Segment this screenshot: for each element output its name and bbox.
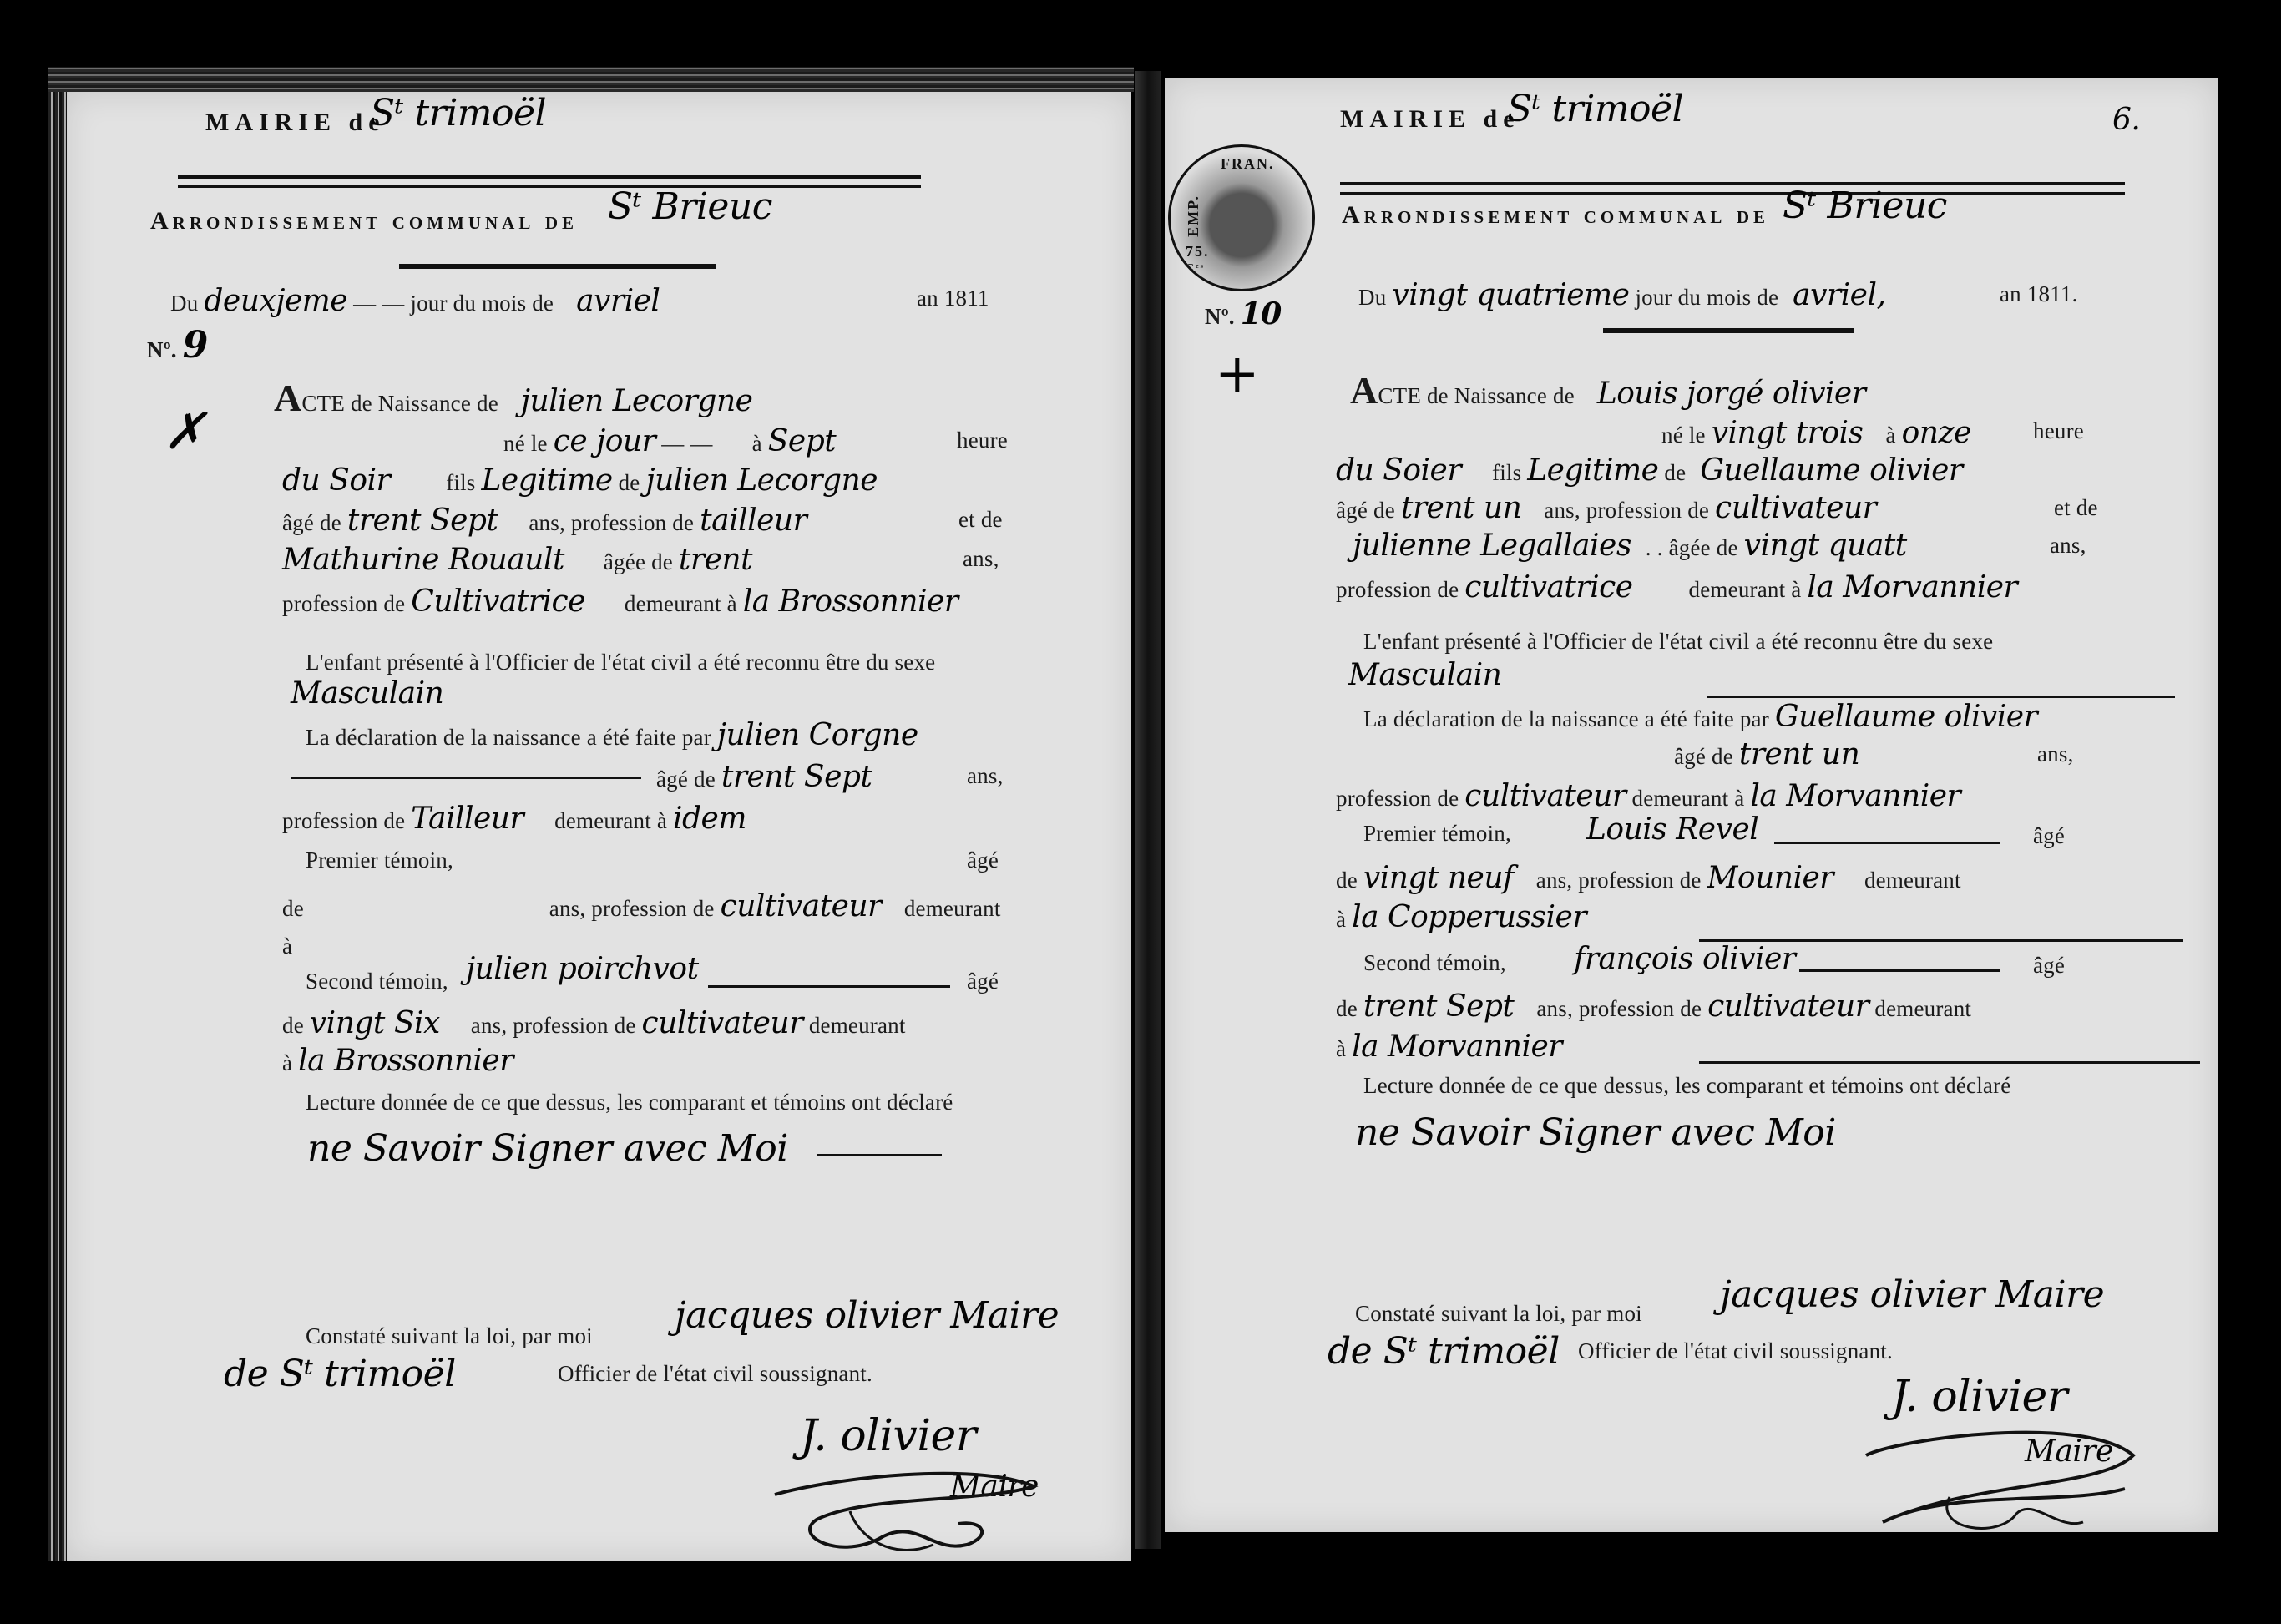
second-witness-name: julien poirchvot: [466, 952, 699, 986]
declarant-age: trent un: [1739, 737, 1859, 772]
time-of-day: du Soier: [1336, 453, 1461, 488]
legitimacy: Legitime: [481, 463, 612, 498]
mother-name: julienne Legallaies: [1353, 529, 1631, 563]
declarant-profession: cultivateur: [1464, 779, 1626, 813]
constat-name: jacques olivier Maire: [1720, 1273, 2104, 1316]
mother-profession-label: profession de: [282, 591, 405, 616]
second-witness-profession-label: ans, profession de: [1536, 996, 1702, 1021]
stamp-unit: Cᵉˢ: [1186, 262, 1205, 276]
date-day: vingt quatrieme: [1392, 278, 1629, 312]
arrondissement-value: Sᵗ Brieuc: [608, 185, 772, 228]
declarant-age-label: âgé de: [656, 766, 716, 792]
date-prefix: Du: [170, 291, 198, 316]
age-label: âgé de: [282, 510, 341, 535]
header-double-rule: [178, 175, 921, 188]
filler-dash: [1699, 1061, 2200, 1064]
cross-mark: +: [1215, 343, 1259, 405]
declarant-residence: la Morvannier: [1750, 779, 1960, 813]
declaration-label: La déclaration de la naissance a été fai…: [1363, 706, 1769, 731]
birth-time-prefix: à: [752, 431, 762, 456]
declarant-residence-label: demeurant à: [554, 808, 667, 833]
declarant-ans: ans,: [2037, 741, 2074, 767]
mother-age: vingt quatt: [1744, 529, 1907, 563]
father-age: trent un: [1401, 491, 1521, 525]
second-witness-residence-label: demeurant: [809, 1013, 906, 1038]
acte-initial: A: [1350, 369, 1378, 412]
residence-label: demeurant à: [625, 591, 737, 616]
date-mid: jour du mois de: [1635, 285, 1778, 310]
declarant-residence: idem: [673, 802, 746, 836]
sex-sentence: L'enfant présenté à l'Officier de l'état…: [306, 650, 935, 675]
declarant-name: Guellaume olivier: [1775, 700, 2037, 734]
stamp-side-text: EMP.: [1185, 195, 1202, 237]
declarant-age-label: âgé de: [1674, 744, 1733, 769]
book-gutter: [1135, 71, 1161, 1549]
et-de-label: et de: [2054, 495, 2098, 521]
first-witness-name: Louis Revel: [1586, 812, 1758, 847]
father-age: trent Sept: [347, 503, 498, 538]
profession-label: ans, profession de: [1544, 498, 1709, 523]
fils-label: fils: [446, 470, 475, 495]
reading-value: ne Savoir Signer avec Moi: [1355, 1111, 1836, 1154]
second-witness-age-label: âgé: [967, 969, 999, 994]
second-witness-label: Second témoin,: [306, 969, 448, 994]
birth-day: vingt trois: [1712, 416, 1864, 450]
mairie-commune: Sᵗ trimoël: [1507, 88, 1683, 130]
header-single-rule: [399, 264, 716, 269]
first-witness-residence-label: demeurant: [1864, 868, 1961, 893]
birth-day: ce jour: [554, 424, 656, 458]
born-label: né le: [503, 431, 548, 456]
second-witness-residence-label: demeurant: [1874, 996, 1971, 1021]
header-single-rule: [1603, 328, 1854, 333]
reading-value: ne Savoir Signer avec Moi: [307, 1127, 788, 1170]
signature-flourish-icon: [766, 1444, 1042, 1570]
reading-sentence: Lecture donnée de ce que dessus, les com…: [306, 1090, 953, 1116]
date-mid: jour du mois de: [410, 291, 554, 316]
page-stack-top-edge: [48, 67, 1134, 92]
second-witness-a-label: à: [282, 1050, 292, 1075]
filler-dash: [1774, 842, 2000, 844]
revenue-stamp-icon: FRAN. EMP. 75. Cᵉˢ: [1168, 144, 1315, 291]
arrondissement-label: Arrondissement communal de: [1342, 201, 1769, 230]
father-name: Guellaume olivier: [1700, 453, 1962, 488]
first-witness-a-label: à: [282, 933, 292, 959]
child-name: Louis jorgé olivier: [1597, 377, 1866, 411]
mother-profession-label: profession de: [1336, 577, 1459, 602]
officer-label: Officier de l'état civil soussignant.: [558, 1361, 872, 1387]
time-of-day: du Soir: [282, 463, 390, 498]
sex-value: Masculain: [291, 676, 443, 711]
mother-age: trent: [679, 543, 752, 577]
declaration-label: La déclaration de la naissance a été fai…: [306, 725, 711, 750]
first-witness-profession-label: ans, profession de: [1536, 868, 1702, 893]
constat-commune: de Sᵗ trimoël: [224, 1353, 456, 1395]
date-prefix: Du: [1358, 285, 1386, 310]
acte-initial: A: [274, 377, 301, 419]
profession-label: ans, profession de: [529, 510, 694, 535]
acte-heading: CTE de Naissance de: [301, 391, 498, 416]
residence: la Brossonnier: [743, 584, 958, 619]
father-profession: tailleur: [700, 503, 807, 538]
et-de-label: et de: [958, 507, 1003, 533]
arrondissement-value: Sᵗ Brieuc: [1783, 185, 1947, 227]
second-witness-label: Second témoin,: [1363, 950, 1506, 976]
second-witness-profession-label: ans, profession de: [471, 1013, 636, 1038]
sex-value: Masculain: [1348, 658, 1501, 692]
act-number-value: 9: [183, 324, 208, 367]
mother-age-label: âgée de: [604, 549, 673, 574]
stamp-top-text: FRAN.: [1221, 155, 1275, 173]
first-witness-residence: la Copperussier: [1352, 900, 1586, 934]
first-witness-a-label: à: [1336, 907, 1346, 932]
first-witness-profession-label: ans, profession de: [549, 896, 715, 921]
child-name: julien Lecorgne: [521, 384, 753, 418]
officer-label: Officier de l'état civil soussignant.: [1578, 1338, 1893, 1364]
second-witness-residence: la Brossonnier: [298, 1044, 513, 1078]
mairie-label: MAIRIE de: [1340, 105, 1520, 134]
declarant-ans: ans,: [967, 763, 1004, 789]
cross-mark: ✗: [164, 402, 205, 461]
first-witness-label: Premier témoin,: [306, 847, 453, 873]
page-stack-edge: [48, 92, 67, 1561]
heure-label: heure: [2033, 418, 2084, 444]
de-label: de: [1664, 460, 1686, 485]
father-name: julien Lecorgne: [645, 463, 878, 498]
second-witness-residence: la Morvannier: [1352, 1030, 1562, 1064]
left-page: MAIRIE de Sᵗ trimoël Arrondissement comm…: [65, 92, 1131, 1561]
legitimacy: Legitime: [1527, 453, 1658, 488]
declarant-profession: Tailleur: [411, 802, 523, 836]
father-profession: cultivateur: [1715, 491, 1876, 525]
mother-profession: cultivatrice: [1464, 570, 1632, 605]
signature-flourish-icon: [1849, 1405, 2150, 1539]
constat-name: jacques olivier Maire: [675, 1294, 1059, 1337]
mother-age-label: âgée de: [1669, 535, 1738, 560]
first-witness-de-label: de: [282, 896, 304, 921]
date-month: avriel: [576, 284, 660, 318]
filler-dash: [1799, 969, 2000, 972]
born-label: né le: [1661, 422, 1706, 448]
declarant-residence-label: demeurant à: [1632, 786, 1745, 811]
filler-dash: [708, 985, 950, 988]
birth-hour: onze: [1902, 416, 1971, 450]
act-number-label: Nº.: [1205, 304, 1235, 329]
act-number-label: Nº.: [147, 337, 177, 362]
second-witness-profession: cultivateur: [642, 1006, 803, 1040]
second-witness-age: vingt Six: [310, 1006, 440, 1040]
heure-label: heure: [957, 428, 1008, 453]
filler-dash: [817, 1154, 942, 1156]
first-witness-de-label: de: [1336, 868, 1358, 893]
acte-heading: CTE de Naissance de: [1378, 383, 1574, 408]
date-year: an 1811: [917, 286, 989, 311]
second-witness-de-label: de: [1336, 996, 1358, 1021]
residence-label: demeurant à: [1689, 577, 1802, 602]
mairie-commune: Sᵗ trimoël: [370, 92, 546, 134]
constat-label: Constaté suivant la loi, par moi: [306, 1323, 593, 1349]
residence: la Morvannier: [1807, 570, 2017, 605]
second-witness-a-label: à: [1336, 1036, 1346, 1061]
first-witness-label: Premier témoin,: [1363, 821, 1511, 847]
declarant-profession-label: profession de: [1336, 786, 1459, 811]
de-label: de: [619, 470, 640, 495]
first-witness-profession: cultivateur: [721, 889, 882, 923]
constat-label: Constaté suivant la loi, par moi: [1355, 1301, 1642, 1327]
date-month: avriel,: [1793, 278, 1885, 312]
birth-hour: Sept: [768, 424, 836, 458]
second-witness-name: françois olivier: [1574, 942, 1796, 976]
fils-label: fils: [1492, 460, 1521, 485]
reading-sentence: Lecture donnée de ce que dessus, les com…: [1363, 1073, 2011, 1099]
declarant-profession-label: profession de: [282, 808, 405, 833]
birth-time-prefix: à: [1885, 422, 1895, 448]
second-witness-profession: cultivateur: [1707, 989, 1869, 1024]
header-double-rule: [1340, 182, 2125, 195]
second-witness-age: trent Sept: [1363, 989, 1515, 1024]
age-label: âgé de: [1336, 498, 1395, 523]
second-witness-age-label: âgé: [2033, 953, 2065, 979]
folio-number: 6.: [2112, 103, 2140, 137]
constat-commune: de Sᵗ trimoël: [1328, 1330, 1560, 1373]
filler-dash: [1707, 696, 2175, 698]
mother-profession: Cultivatrice: [411, 584, 585, 619]
first-witness-age-label: âgé: [2033, 823, 2065, 849]
sex-sentence: L'enfant présenté à l'Officier de l'état…: [1363, 629, 1993, 655]
mairie-label: MAIRIE de: [205, 109, 386, 137]
declarant-name: julien Corgne: [717, 718, 918, 752]
arrondissement-label: Arrondissement communal de: [150, 207, 578, 235]
stamp-value: 75.: [1186, 243, 1210, 261]
date-year: an 1811.: [2000, 281, 2078, 307]
mother-name: Mathurine Rouault: [282, 543, 564, 577]
first-witness-profession: Mounier: [1707, 861, 1833, 895]
act-number-value: 10: [1241, 296, 1282, 331]
first-witness-residence-label: demeurant: [904, 896, 1001, 921]
first-witness-age: vingt neuf: [1363, 861, 1514, 895]
ans-label: ans,: [963, 546, 999, 572]
second-witness-de-label: de: [282, 1013, 304, 1038]
ans-label: ans,: [2050, 533, 2086, 559]
declarant-age: trent Sept: [721, 760, 872, 794]
first-witness-age-label: âgé: [967, 847, 999, 873]
right-page: FRAN. EMP. 75. Cᵉˢ 6. MAIRIE de Sᵗ trimo…: [1165, 78, 2218, 1532]
date-day: deuxjeme: [204, 284, 347, 318]
filler-dash: [291, 777, 641, 779]
